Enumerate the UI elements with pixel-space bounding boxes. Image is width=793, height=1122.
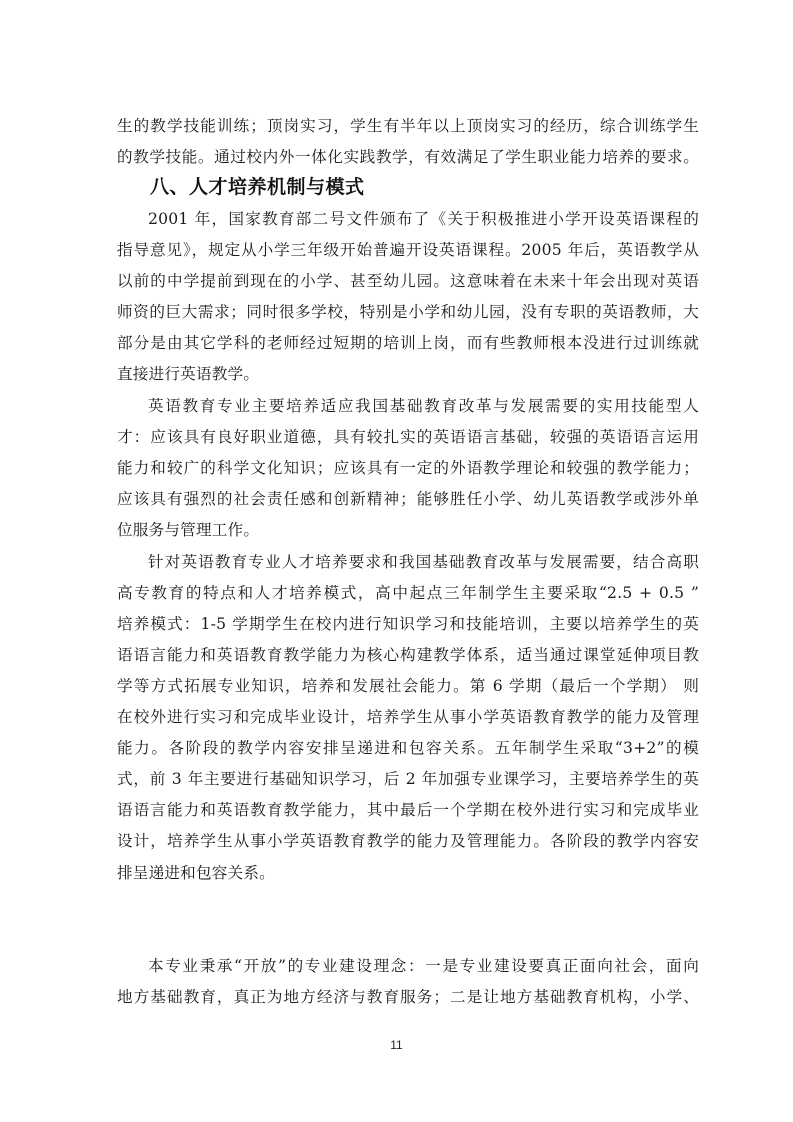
- document-page: 生的教学技能训练；顶岗实习，学生有半年以上顶岗实习的经历，综合训练学生 的教学技…: [0, 0, 793, 1122]
- paragraph-line: 语语言能力和英语教育教学能力为核心构建教学体系，适当通过课堂延伸项目教: [117, 640, 699, 671]
- paragraph-line: 指导意见》，规定从小学三年级开始普遍开设英语课程。2005 年后，英语教学从: [117, 235, 699, 266]
- paragraph-line: 能力。各阶段的教学内容安排呈递进和包容关系。五年制学生采取“3+2”的模: [117, 733, 699, 764]
- paragraph-line: 以前的中学提前到现在的小学、甚至幼儿园。这意味着在未来十年会出现对英语: [117, 266, 699, 297]
- paragraph-line: 能力和较广的科学文化知识；应该具有一定的外语教学理论和较强的教学能力；: [117, 453, 699, 484]
- paragraph-line: 式，前 3 年主要进行基础知识学习，后 2 年加强专业课学习，主要培养学生的英: [117, 764, 699, 795]
- paragraph-line: 针对英语教育专业人才培养要求和我国基础教育改革与发展需要，结合高职: [148, 547, 699, 578]
- paragraph-line: 的教学技能。通过校内外一体化实践教学，有效满足了学生职业能力培养的要求。: [117, 142, 699, 173]
- paragraph-line: 本专业秉承“开放”的专业建设理念：一是专业建设要真正面向社会，面向: [148, 951, 699, 982]
- paragraph-line: 设计，培养学生从事小学英语教育教学的能力及管理能力。各阶段的教学内容安: [117, 826, 699, 857]
- paragraph-line: 才：应该具有良好职业道德，具有较扎实的英语语言基础，较强的英语语言运用: [117, 422, 699, 453]
- paragraph-line: 高专教育的特点和人才培养模式，高中起点三年制学生主要采取“2.5 + 0.5 ”: [117, 578, 699, 609]
- section-heading: 八、人才培养机制与模式: [150, 170, 365, 204]
- paragraph-line: 英语教育专业主要培养适应我国基础教育改革与发展需要的实用技能型人: [148, 391, 699, 422]
- paragraph-line: 学等方式拓展专业知识，培养和发展社会能力。第 6 学期（最后一个学期） 则: [117, 671, 699, 702]
- paragraph-line: 地方基础教育，真正为地方经济与教育服务；二是让地方基础教育机构，小学、: [117, 982, 699, 1013]
- page-number: 11: [0, 1038, 793, 1052]
- paragraph-line: 在校外进行实习和完成毕业设计，培养学生从事小学英语教育教学的能力及管理: [117, 702, 699, 733]
- paragraph-line: 2001 年，国家教育部二号文件颁布了《关于积极推进小学开设英语课程的: [148, 204, 699, 235]
- paragraph-line: 师资的巨大需求；同时很多学校，特别是小学和幼儿园，没有专职的英语教师，大: [117, 297, 699, 328]
- paragraph-line: 生的教学技能训练；顶岗实习，学生有半年以上顶岗实习的经历，综合训练学生: [117, 111, 699, 142]
- paragraph-line: 部分是由其它学科的老师经过短期的培训上岗，而有些教师根本没进行过训练就: [117, 328, 699, 359]
- paragraph-line: 培养模式：1-5 学期学生在校内进行知识学习和技能培训，主要以培养学生的英: [117, 609, 699, 640]
- paragraph-line: 直接进行英语教学。: [117, 359, 699, 390]
- paragraph-line: 位服务与管理工作。: [117, 515, 699, 546]
- paragraph-line: 语语言能力和英语教育教学能力，其中最后一个学期在校外进行实习和完成毕业: [117, 795, 699, 826]
- paragraph-line: 应该具有强烈的社会责任感和创新精神；能够胜任小学、幼儿英语教学或涉外单: [117, 484, 699, 515]
- paragraph-line: 排呈递进和包容关系。: [117, 858, 699, 889]
